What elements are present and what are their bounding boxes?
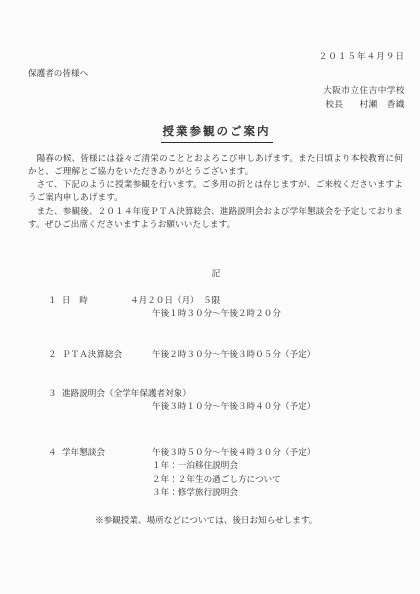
item-value: ４月２０日（月） ５限 [130, 294, 220, 307]
grade-session-line: ２年：２年生の過ごし方について [152, 473, 405, 486]
recipient-line: 保護者の皆様へ [28, 67, 405, 80]
grade-session-line: ３年：修学旅行説明会 [152, 486, 405, 499]
schedule-list: １ 日 時 ４月２０日（月） ５限 午後１時３０分～午後２時２０分 ２ ＰＴＡ決… [48, 294, 405, 499]
document-title: 授業参観のご案内 [161, 124, 273, 143]
date-line: ２０１５年４月９日 [28, 50, 405, 63]
list-item-pta: ２ ＰＴＡ決算総会 午後２時３０分～午後３時０５分（予定） [48, 348, 405, 361]
school-name: 大阪市立住吉中学校 [28, 84, 405, 97]
principal-line: 校長村瀬 香織 [28, 98, 405, 111]
principal-title: 校長 [325, 99, 343, 109]
item-value-line2: 午後１時３０分～午後２時２０分 [152, 307, 405, 320]
list-item-kondankai: ４ 学年懇談会 午後３時５０分～午後４時３０分（予定） [48, 446, 405, 459]
document-title-row: 授業参観のご案内 [28, 124, 405, 143]
body-text: 陽春の候、皆様には益々ご清栄のこととおよろこび申しあげます。また日頃より本校教育… [28, 152, 405, 231]
item-label: 学年懇談会 [62, 446, 152, 459]
item-number: １ [48, 294, 62, 307]
document-page: ２０１５年４月９日 保護者の皆様へ 大阪市立住吉中学校 校長村瀬 香織 授業参観… [0, 0, 420, 594]
invitation-paragraph: さて、下記のように授業参観を行います。ご多用の折とは存じますが、ご来校くださいま… [28, 178, 403, 204]
item-label: ＰＴＡ決算総会 [62, 348, 152, 361]
principal-name: 村瀬 香織 [360, 99, 405, 109]
item-value-line2: 午後３時１０分～午後３時４０分（予定） [152, 400, 405, 413]
item-number: ２ [48, 348, 62, 361]
item-label: 進路説明会（全学年保護者対象） [62, 387, 191, 400]
grade-session-line: １年：一泊移住説明会 [152, 459, 405, 472]
item-number: ３ [48, 387, 62, 400]
item-number: ４ [48, 446, 62, 459]
sender-block: 大阪市立住吉中学校 校長村瀬 香織 [28, 84, 405, 110]
record-marker: 記 [28, 267, 405, 280]
followup-paragraph: また、参観後、２０１４年度ＰＴＡ決算総会、進路説明会および学年懇談会を予定してお… [28, 205, 403, 231]
greeting-paragraph: 陽春の候、皆様には益々ご清栄のこととおよろこび申しあげます。また日頃より本校教育… [28, 152, 403, 178]
footnote: ※参観授業、場所などについては、後日お知らせします。 [95, 514, 405, 527]
item-value: 午後３時５０分～午後４時３０分（予定） [152, 446, 315, 459]
item-label: 日 時 [62, 294, 130, 307]
list-item-shinro: ３ 進路説明会（全学年保護者対象） [48, 387, 405, 400]
item-value: 午後２時３０分～午後３時０５分（予定） [152, 348, 315, 361]
list-item-datetime: １ 日 時 ４月２０日（月） ５限 [48, 294, 405, 307]
